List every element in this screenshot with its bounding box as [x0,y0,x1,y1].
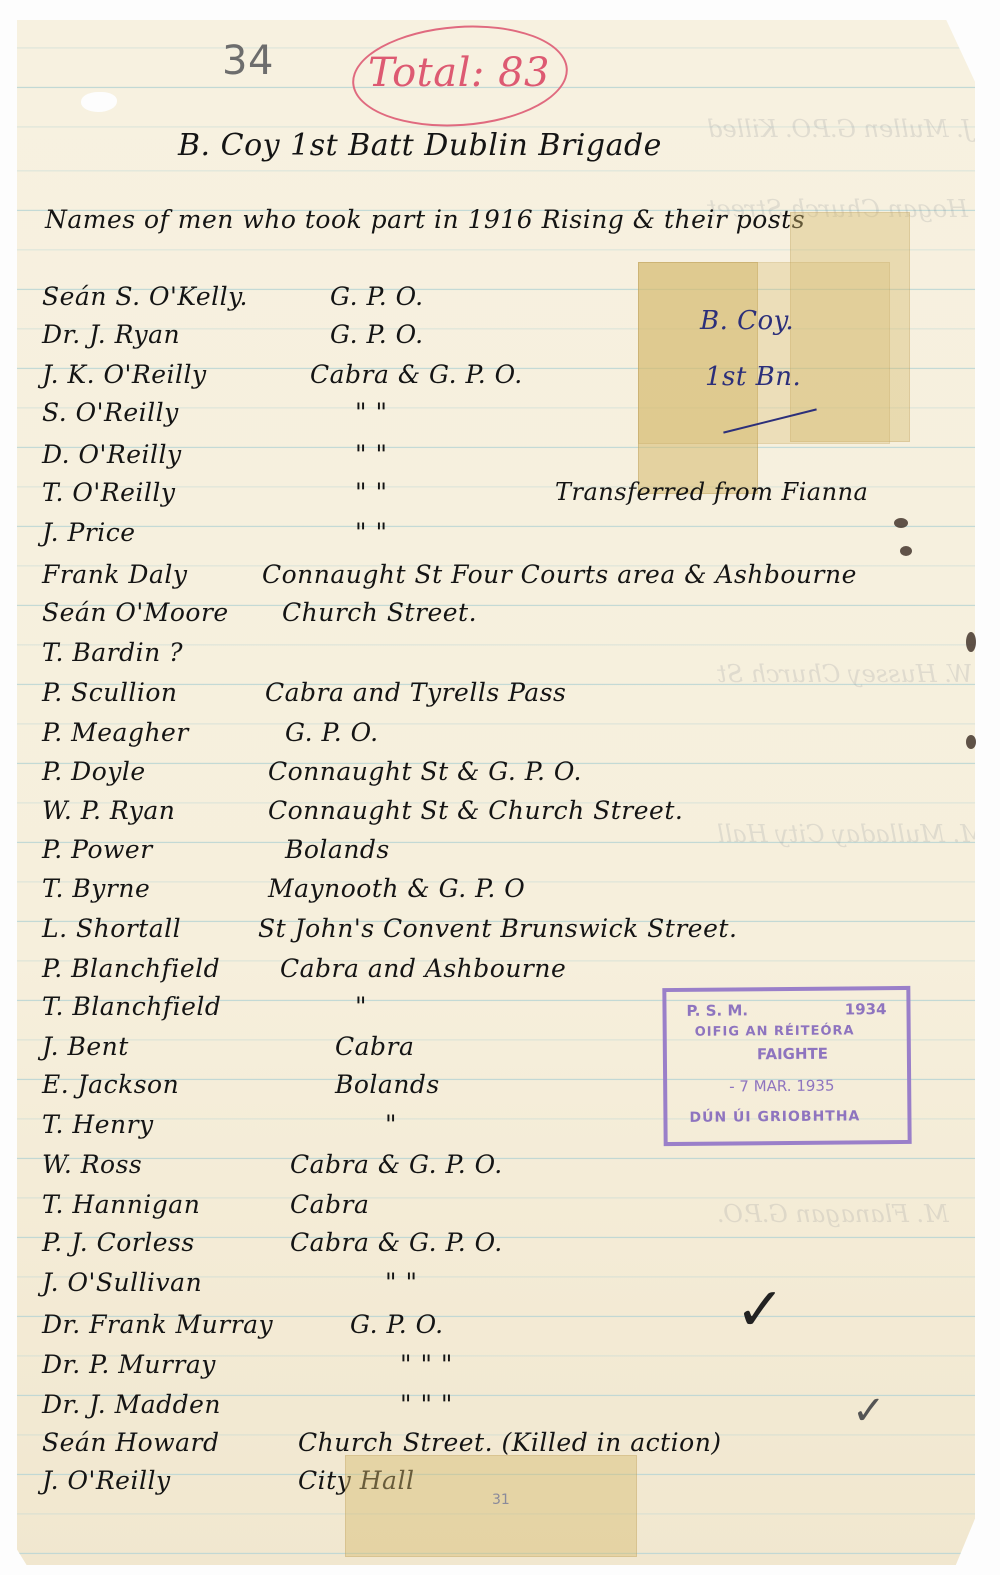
entry-name: P. Scullion [42,678,178,707]
entry-post: St John's Convent Brunswick Street. [258,914,737,943]
entry-name: T. Blanchfield [42,992,221,1021]
entry-post: Cabra [290,1190,369,1219]
entry-name: L. Shortall [42,914,181,943]
entry-post: " " [355,518,387,547]
entry-post: Cabra & G. P. O. [310,360,523,389]
stamp-date: - 7 MAR. 1935 [729,1077,834,1096]
entry-name: E. Jackson [42,1070,179,1099]
entry-name: Dr. J. Ryan [42,320,180,349]
tape-patch [345,1455,637,1557]
entry-name: W. Ross [42,1150,142,1179]
entry-post: Cabra & G. P. O. [290,1228,503,1257]
show-through-text: J. Mullen G.P.O. Killed [707,115,972,143]
entry-post: G. P. O. [330,320,424,349]
ink-spot [900,546,912,556]
entry-name: S. O'Reilly [42,398,179,427]
entry-post: Bolands [335,1070,440,1099]
entry-name: W. P. Ryan [42,796,175,825]
page-subtitle: Names of men who took part in 1916 Risin… [45,205,805,234]
stamp-line3: FAIGHTE [757,1045,828,1064]
entry-name: T. Henry [42,1110,154,1139]
entry-name: P. Doyle [42,757,146,786]
entry-name: Seán S. O'Kelly. [42,282,248,311]
stamp-line5: DÚN ÚI GRIOBHTHA [689,1108,860,1125]
entry-post: Connaught St & G. P. O. [268,757,582,786]
entry-post: " " " [400,1390,453,1419]
total-annotation: Total: 83 [368,50,550,96]
entry-name: P. Blanchfield [42,954,220,983]
entry-name: Dr. P. Murray [42,1350,216,1379]
checkmark-icon: ✓ [852,1388,886,1434]
ink-spot [966,632,976,652]
entry-name: Frank Daly [42,560,187,589]
entry-name: J. O'Reilly [42,1466,171,1495]
entry-post: G. P. O. [285,718,379,747]
entry-name: T. Byrne [42,874,150,903]
entry-name: P. J. Corless [42,1228,195,1257]
stamp-line2: OIFIG AN RÉITEÓRA [695,1023,855,1039]
entry-post: Cabra & G. P. O. [290,1150,503,1179]
entry-post: " " " [400,1350,453,1379]
entry-post: Maynooth & G. P. O [268,874,525,903]
entry-post: " " [355,398,387,427]
entry-name: Dr. Frank Murray [42,1310,273,1339]
received-stamp: P. S. M. 1934 OIFIG AN RÉITEÓRA FAIGHTE … [662,986,911,1146]
entry-name: J. K. O'Reilly [42,360,207,389]
tape-note-line2: 1st Bn. [705,362,801,392]
entry-note: Transferred from Fianna [555,478,868,506]
entry-name: T. Bardin ? [42,638,183,667]
entry-post: " " [355,478,387,507]
bottom-page-number: 31 [492,1492,510,1508]
entry-post: " " [385,1268,417,1297]
entry-post: G. P. O. [350,1310,444,1339]
entry-post: Church Street. (Killed in action) [298,1428,722,1457]
page-title: B. Coy 1st Batt Dublin Brigade [178,128,662,163]
show-through-text: M. Flanagan G.P.O. [717,1200,949,1228]
folio-number: 34 [222,38,274,84]
tape-note-line1: B. Coy. [700,306,794,336]
entry-post: Cabra [335,1032,414,1061]
tape-patch [638,262,890,444]
entry-name: J. Bent [42,1032,129,1061]
entry-name: Dr. J. Madden [42,1390,221,1419]
entry-name: Seán Howard [42,1428,220,1457]
entry-post: " [385,1110,397,1139]
entry-name: Seán O'Moore [42,598,229,627]
entry-post: Church Street. [282,598,477,627]
entry-post: " [355,992,367,1021]
checkmark-icon: ✓ [735,1275,785,1345]
entry-post: Bolands [285,835,390,864]
entry-name: J. O'Sullivan [42,1268,202,1297]
ink-spot [894,518,908,528]
entry-name: D. O'Reilly [42,440,182,469]
entry-post: " " [355,440,387,469]
show-through-text: M. Mulladay City Hall [717,820,985,848]
entry-name: P. Power [42,835,153,864]
entry-post: Cabra and Tyrells Pass [265,678,566,707]
entry-name: T. O'Reilly [42,478,176,507]
entry-post: Connaught St Four Courts area & Ashbourn… [262,560,857,589]
ink-spot [966,735,976,749]
entry-name: T. Hannigan [42,1190,200,1219]
entry-name: P. Meagher [42,718,189,747]
show-through-text: W. Hussey Church St [717,660,973,688]
stamp-line1-right: 1934 [845,1000,887,1018]
entry-post: Cabra and Ashbourne [280,954,566,983]
stamp-line1-left: P. S. M. [686,1001,748,1020]
entry-post: G. P. O. [330,282,424,311]
entry-post: Connaught St & Church Street. [268,796,683,825]
entry-name: J. Price [42,518,136,547]
